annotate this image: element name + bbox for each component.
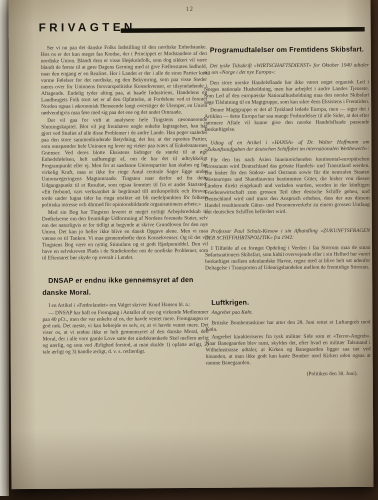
photo-background: 12 FRIVAGTEN Ser vi nu paa det danske Fo… [0,0,378,500]
citation-wirtschaftsdienst: Det tyske Tidsskrift «WIRTSCHAFTSDIENST»… [204,62,369,76]
paragraph-koeln-comment: Angrebet karakteriseres fra tysk militær… [206,333,371,367]
page-stack-edge [0,0,9,496]
paragraph-tingsten-analysis: Det vil gaa for vidt at analysere hele T… [41,116,208,208]
right-column: Programudtalelser om Fremtidens Skibsfar… [204,43,371,378]
section-heading-dnsap: DNSAP er endnu ikke gennemsyret af den d… [42,273,208,298]
section-heading-skibsfart: Programudtalelser om Fremtidens Skibsfar… [204,43,369,56]
paragraph-norwegian-fleet: Den store norske Handelsflaade har ikke … [204,79,369,106]
page-number: 12 [9,4,371,14]
source-attribution: (Politiken den 30. Juni). [206,370,371,378]
paragraph-dnsap-quote: — DNSAP har haft en Fremgang i Antallet … [42,309,208,356]
paragraph-tingsten-conclusion: Med sin Bog har Tingsten leveret et mege… [42,208,208,261]
masthead-rule [121,27,365,33]
paragraph-koeln-raid: Britiske Bombemaskiner har atter den 28.… [205,319,370,333]
subheading-koeln-attack: Angrebet paa Køln. [205,308,370,316]
paragraph-magtgruppe: Denne Magtgruppe er det af Tyskland lede… [204,106,369,133]
paragraph-dnsap-intro: I en Artikel i «Fædrelandet» om Valget s… [42,301,208,309]
paragraph-schulz-kiesow: I Tilfælde af en forøget Opdeling i Verd… [205,244,370,271]
paragraph-hansa-german: Für den bis nach Asien hineinreichenden … [204,156,369,216]
section-heading-luftkrigen: Luftkrigen. [205,295,370,308]
paragraph-nordic-union-1: Ser vi nu paa det danske Folks Indstilli… [41,44,207,117]
page-content: 12 FRIVAGTEN Ser vi nu paa det danske Fo… [9,0,374,489]
citation-hansa: Udtog af en Artikel i «HANSA» af Dr. Wal… [204,139,369,153]
document-page: 12 FRIVAGTEN Ser vi nu paa det danske Fo… [9,0,374,489]
citation-schulz-kiesow: Professor Paul Schulz-Kiesow i sin Afhan… [205,227,370,241]
left-column: Ser vi nu paa det danske Folks Indstilli… [41,44,209,356]
